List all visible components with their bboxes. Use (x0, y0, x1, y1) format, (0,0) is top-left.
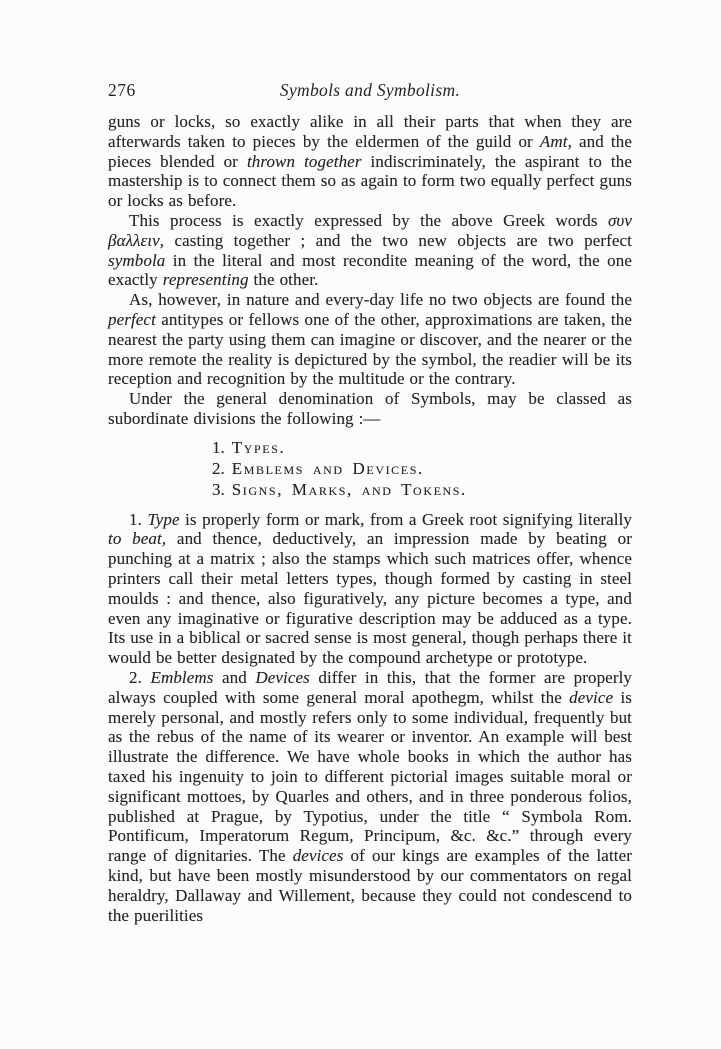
text-run: Under the general denomination of Symbol… (108, 389, 632, 428)
division-number: 2. (212, 458, 225, 479)
text-block: 276 Symbols and Symbolism. guns or locks… (108, 80, 632, 925)
text-run: is merely personal, and mostly refers on… (108, 688, 632, 865)
division-label: Types. (232, 438, 286, 457)
text-run: to beat, (108, 529, 166, 548)
text-run: is properly form or mark, from a Greek r… (180, 510, 632, 529)
page-header: 276 Symbols and Symbolism. (108, 80, 632, 101)
division-label: Emblems and Devices. (232, 459, 424, 478)
paragraph-emblems-devices: 2. Emblems and Devices differ in this, t… (108, 668, 632, 925)
text-run: thrown together (247, 152, 362, 171)
division-number: 3. (212, 479, 225, 500)
paragraph-as-however: As, however, in nature and every-day lif… (108, 290, 632, 389)
division-item-types: 1.Types. (212, 437, 632, 458)
text-run: device (569, 688, 613, 707)
text-run: the other. (249, 270, 319, 289)
paragraph-guns-or-locks: guns or locks, so exactly alike in all t… (108, 112, 632, 211)
division-label: Signs, Marks, and Tokens. (232, 480, 467, 499)
division-item-signs-marks-tokens: 3.Signs, Marks, and Tokens. (212, 479, 632, 500)
text-run: Type (147, 510, 179, 529)
page-number: 276 (108, 80, 136, 101)
text-run: 1. (129, 510, 147, 529)
division-item-emblems-devices: 2.Emblems and Devices. (212, 458, 632, 479)
paragraph-under-denomination: Under the general denomination of Symbol… (108, 389, 632, 429)
text-run: perfect (108, 310, 156, 329)
text-run: devices (293, 846, 344, 865)
text-run: 2. (129, 668, 150, 687)
text-run: symbola (108, 251, 165, 270)
text-run: This process is exactly expressed by the… (129, 211, 608, 230)
divisions-list: 1.Types. 2.Emblems and Devices. 3.Signs,… (108, 437, 632, 501)
running-title: Symbols and Symbolism. (280, 80, 460, 101)
paragraph-this-process: This process is exactly expressed by the… (108, 211, 632, 290)
text-run: Devices (255, 668, 310, 687)
text-run: casting together ; and the two new objec… (164, 231, 632, 250)
text-run: and (214, 668, 256, 687)
text-run: and thence, deductively, an impression m… (108, 529, 632, 667)
book-page: 276 Symbols and Symbolism. guns or locks… (0, 0, 721, 1049)
division-number: 1. (212, 437, 225, 458)
text-run: Amt, (540, 132, 572, 151)
text-run: As, however, in nature and every-day lif… (129, 290, 632, 309)
text-run: Emblems (150, 668, 213, 687)
text-run: representing (163, 270, 249, 289)
paragraph-type-definition: 1. Type is properly form or mark, from a… (108, 510, 632, 668)
text-run: antitypes or fellows one of the other, a… (108, 310, 632, 388)
page-body: guns or locks, so exactly alike in all t… (108, 112, 632, 925)
